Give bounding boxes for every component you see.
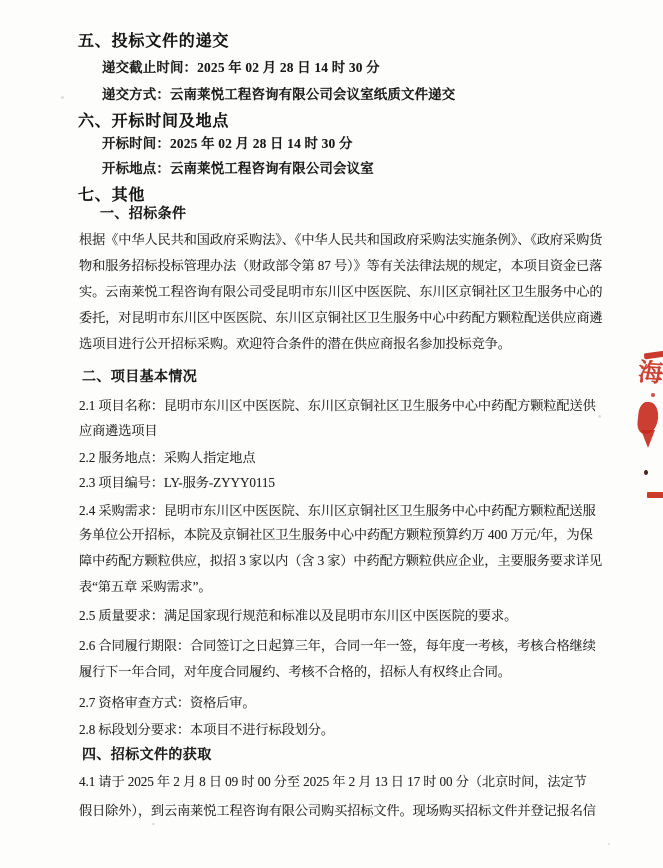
quality-requirement-line: 2.5 质量要求：满足国家现行规范和标准以及昆明市东川区中医医院的要求。 — [79, 605, 517, 624]
submission-method-line: 递交方式：云南莱悦工程咨询有限公司会议室纸质文件递交 — [102, 84, 455, 103]
section-5-heading: 五、投标文件的递交 — [78, 28, 229, 51]
seal-blob-tail — [641, 430, 655, 448]
document-page: 五、投标文件的递交递交截止时间：2025 年 02 月 28 日 14 时 30… — [0, 0, 663, 868]
submission-deadline-line: 递交截止时间：2025 年 02 月 28 日 14 时 30 分 — [102, 57, 380, 76]
subsection-1-heading: 一、招标条件 — [100, 203, 186, 223]
procurement-demand-line-1: 2.4 采购需求：昆明市东川区中医医院、东川区京铜社区卫生服务中心中药配方颗粒配… — [79, 500, 596, 519]
seal-stroke-bottom — [647, 492, 663, 498]
scan-speck — [152, 823, 155, 825]
section-6-heading: 六、开标时间及地点 — [78, 108, 229, 131]
scan-speck — [608, 843, 610, 845]
seal-speck — [651, 393, 655, 397]
service-location-line: 2.2 服务地点：采购人指定地点 — [79, 447, 255, 466]
contract-term-line-1: 2.6 合同履行期限：合同签订之日起算三年，合同一年一签，每年度一考核，考核合格… — [79, 635, 596, 654]
contract-term-line-2: 履行下一年合同，对年度合同履约、考核不合格的，招标人有权终止合同。 — [79, 661, 511, 680]
scan-speck — [370, 816, 373, 818]
seal-partial-character: 海 — [637, 359, 663, 391]
bid-opening-location-line: 开标地点：云南莱悦工程咨询有限公司会议室 — [102, 158, 374, 177]
seal-stroke-top — [644, 350, 663, 359]
scan-speck — [61, 96, 64, 99]
bidding-conditions-line-1: 根据《中华人民共和国政府采购法》、《中华人民共和国政府采购法实施条例》、《政府采… — [79, 229, 602, 248]
bidding-conditions-line-5: 选项目进行公开招标采购。欢迎符合条件的潜在供应商报名参加投标竞争。 — [79, 333, 511, 352]
document-acquisition-line-1: 4.1 请于 2025 年 2 月 8 日 09 时 00 分至 2025 年 … — [79, 771, 587, 790]
qualification-review-line: 2.7 资格审查方式：资格后审。 — [79, 692, 255, 711]
project-name-line-2: 应商遴选项目 — [79, 420, 158, 439]
project-number-line: 2.3 项目编号：LY-服务-ZYYY0115 — [79, 472, 275, 491]
project-name-line-1: 2.1 项目名称：昆明市东川区中医医院、东川区京铜社区卫生服务中心中药配方颗粒配… — [79, 395, 596, 414]
subsection-4-heading: 四、招标文件的获取 — [82, 744, 212, 764]
bid-opening-time-line: 开标时间：2025 年 02 月 28 日 14 时 30 分 — [102, 133, 353, 152]
bidding-conditions-line-3: 实。云南莱悦工程咨询有限公司受昆明市东川区中医医院、东川区京铜社区卫生服务中心的 — [79, 281, 603, 300]
seal-dark-dot — [644, 470, 648, 475]
subsection-2-heading: 二、项目基本情况 — [82, 366, 197, 386]
bidding-conditions-line-2: 物和服务招标投标管理办法（财政部令第 87 号）》等有关法律法规的规定，本项目资… — [79, 255, 602, 274]
procurement-demand-line-3: 障中药配方颗粒供应，拟招 3 家以内（含 3 家）中药配方颗粒供应企业，主要服务… — [79, 550, 602, 569]
lot-division-line: 2.8 标段划分要求：本项目不进行标段划分。 — [79, 719, 334, 738]
bidding-conditions-line-4: 委托，对昆明市东川区中医医院、东川区京铜社区卫生服务中心中药配方颗粒配送供应商遴 — [79, 307, 603, 326]
document-acquisition-line-2: 假日除外），到云南莱悦工程咨询有限公司购买招标文件。现场购买招标文件并登记报名信 — [79, 800, 596, 819]
scan-speck — [598, 415, 601, 418]
procurement-demand-line-2: 务单位公开招标，本院及京铜社区卫生服务中心中药配方颗粒预算约万 400 万元/年… — [79, 524, 593, 543]
procurement-demand-line-4: 表“第五章 采购需求”。 — [79, 576, 212, 595]
section-7-heading: 七、其他 — [78, 182, 145, 205]
